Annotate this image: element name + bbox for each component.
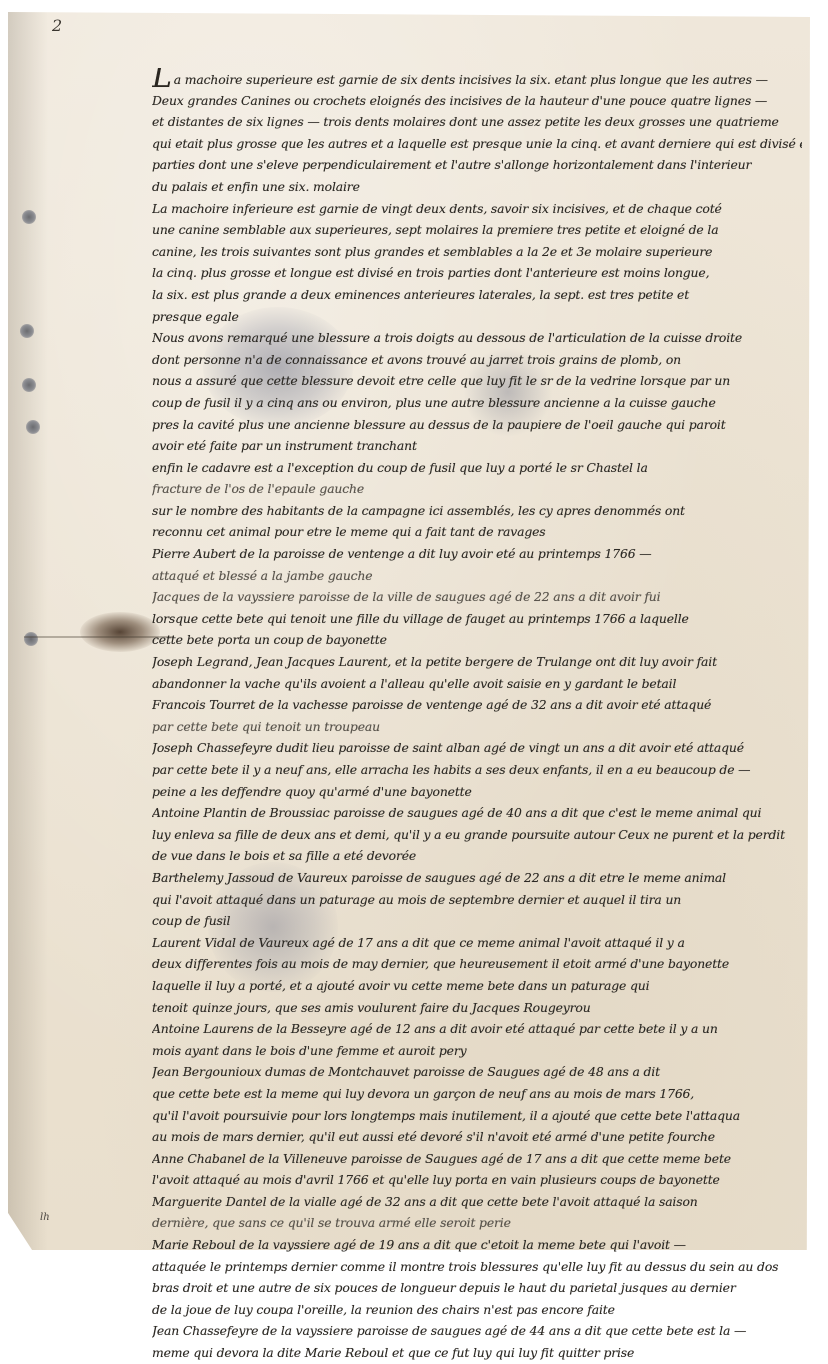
manuscript-line: Deux grandes Canines ou crochets eloigné… xyxy=(152,90,802,112)
manuscript-line: Marguerite Dantel de la vialle agé de 32… xyxy=(152,1191,802,1213)
manuscript-line: enfin le cadavre est a l'exception du co… xyxy=(152,457,802,479)
manuscript-line: Joseph Legrand, Jean Jacques Laurent, et… xyxy=(152,651,802,673)
binding-hole xyxy=(22,210,36,224)
manuscript-text: La machoire superieure est garnie de six… xyxy=(152,68,802,1261)
burn-mark xyxy=(80,612,160,652)
manuscript-line: parties dont une s'eleve perpendiculaire… xyxy=(152,154,802,176)
manuscript-line: Anne Chabanel de la Villeneuve paroisse … xyxy=(152,1148,802,1170)
binding-hole xyxy=(26,420,40,434)
manuscript-line: peine a les deffendre quoy qu'armé d'une… xyxy=(152,781,802,803)
line-text: a machoire superieure est garnie de six … xyxy=(174,72,768,87)
manuscript-line: coup de fusil xyxy=(152,910,802,932)
manuscript-line: La machoire superieure est garnie de six… xyxy=(152,68,802,90)
drop-cap: L xyxy=(152,68,172,90)
manuscript-line: qui etait plus grosse que les autres et … xyxy=(152,133,802,155)
manuscript-line: Laurent Vidal de Vaureux agé de 17 ans a… xyxy=(152,932,802,954)
manuscript-line: Pierre Aubert de la paroisse de ventenge… xyxy=(152,543,802,565)
manuscript-line: reconnu cet animal pour etre le meme qui… xyxy=(152,521,802,543)
manuscript-line: de vue dans le bois et sa fille a eté de… xyxy=(152,845,802,867)
page-number: 2 xyxy=(52,16,62,35)
binding-hole xyxy=(22,378,36,392)
manuscript-line: sur le nombre des habitants de la campag… xyxy=(152,500,802,522)
manuscript-line: presque egale xyxy=(152,306,802,328)
archive-mark: lh xyxy=(40,1212,50,1223)
manuscript-line: fracture de l'os de l'epaule gauche xyxy=(152,478,802,500)
manuscript-line: dernière, que sans ce qu'il se trouva ar… xyxy=(152,1212,802,1234)
handwritten-lines: La machoire superieure est garnie de six… xyxy=(152,68,802,1261)
manuscript-line: qu'il l'avoit poursuivie pour lors longt… xyxy=(152,1105,802,1127)
manuscript-line: une canine semblable aux superieures, se… xyxy=(152,219,802,241)
manuscript-line: la cinq. plus grosse et longue est divis… xyxy=(152,262,802,284)
manuscript-line: Barthelemy Jassoud de Vaureux paroisse d… xyxy=(152,867,802,889)
manuscript-line: Nous avons remarqué une blessure a trois… xyxy=(152,327,802,349)
manuscript-line: abandonner la vache qu'ils avoient a l'a… xyxy=(152,673,802,695)
manuscript-line: La machoire inferieure est garnie de vin… xyxy=(152,198,802,220)
manuscript-line: luy enleva sa fille de deux ans et demi,… xyxy=(152,824,802,846)
manuscript-line: canine, les trois suivantes sont plus gr… xyxy=(152,241,802,263)
manuscript-line: la six. est plus grande a deux eminences… xyxy=(152,284,802,306)
manuscript-line: que cette bete est la meme qui luy devor… xyxy=(152,1083,802,1105)
manuscript-line: Antoine Plantin de Broussiac paroisse de… xyxy=(152,802,802,824)
manuscript-line: pres la cavité plus une ancienne blessur… xyxy=(152,414,802,436)
manuscript-line: attaquée le printemps dernier comme il m… xyxy=(152,1256,802,1261)
manuscript-line: du palais et enfin une six. molaire xyxy=(152,176,802,198)
manuscript-line: laquelle il luy a porté, et a ajouté avo… xyxy=(152,975,802,997)
manuscript-line: qui l'avoit attaqué dans un paturage au … xyxy=(152,889,802,911)
manuscript-line: par cette bete il y a neuf ans, elle arr… xyxy=(152,759,802,781)
manuscript-line: l'avoit attaqué au mois d'avril 1766 et … xyxy=(152,1169,802,1191)
manuscript-line: nous a assuré que cette blessure devoit … xyxy=(152,370,802,392)
manuscript-line: par cette bete qui tenoit un troupeau xyxy=(152,716,802,738)
manuscript-line: cette bete porta un coup de bayonette xyxy=(152,629,802,651)
manuscript-line: et distantes de six lignes — trois dents… xyxy=(152,111,802,133)
manuscript-line: mois ayant dans le bois d'une femme et a… xyxy=(152,1040,802,1062)
binding-hole xyxy=(24,632,38,646)
binding-hole xyxy=(20,324,34,338)
manuscript-line: Marie Reboul de la vayssiere agé de 19 a… xyxy=(152,1234,802,1256)
manuscript-line: Joseph Chassefeyre dudit lieu paroisse d… xyxy=(152,737,802,759)
manuscript-line: Jean Bergounioux dumas de Montchauvet pa… xyxy=(152,1061,802,1083)
manuscript-line: tenoit quinze jours, que ses amis voulur… xyxy=(152,997,802,1019)
manuscript-line: avoir eté faite par un instrument tranch… xyxy=(152,435,802,457)
manuscript-line: Antoine Laurens de la Besseyre agé de 12… xyxy=(152,1018,802,1040)
manuscript-line: lorsque cette bete qui tenoit une fille … xyxy=(152,608,802,630)
manuscript-line: dont personne n'a de connaissance et avo… xyxy=(152,349,802,371)
manuscript-line: deux differentes fois au mois de may der… xyxy=(152,953,802,975)
manuscript-line: au mois de mars dernier, qu'il eut aussi… xyxy=(152,1126,802,1148)
manuscript-line: Francois Tourret de la vachesse paroisse… xyxy=(152,694,802,716)
manuscript-line: coup de fusil il y a cinq ans ou environ… xyxy=(152,392,802,414)
manuscript-line: attaqué et blessé a la jambe gauche xyxy=(152,565,802,587)
manuscript-line: Jacques de la vayssiere paroisse de la v… xyxy=(152,586,802,608)
